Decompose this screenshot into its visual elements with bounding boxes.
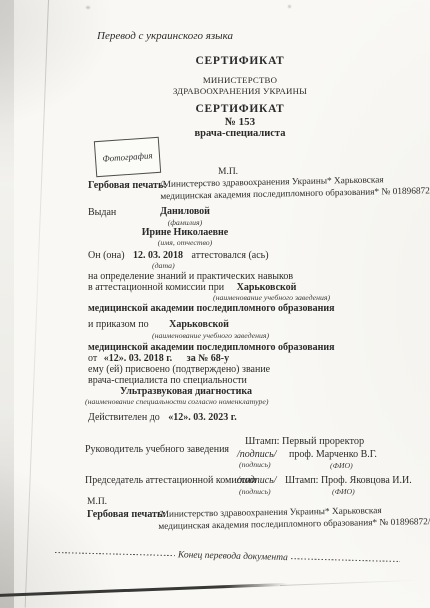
- scan-page-edge-line-faint: [280, 580, 418, 586]
- scan-speck: [288, 5, 291, 8]
- dash-segment-right: [291, 558, 400, 562]
- ministry-line-1: МИНИСТЕРСТВО: [75, 75, 405, 86]
- attestation-suffix: аттестовался (ась): [192, 250, 269, 261]
- order-prefix: и приказом по: [88, 319, 149, 330]
- order-date-prefix: от: [88, 353, 97, 364]
- order-number: за № 68-у: [187, 353, 229, 364]
- recipient-surname: Даниловой: [118, 206, 252, 218]
- institution-name-short-2: Харьковской: [169, 319, 229, 330]
- end-of-translation-rule: Конец перевода документа: [55, 547, 400, 566]
- scan-page-edge-line: [0, 583, 288, 597]
- specialty-caption: (наименование специальности согласно ном…: [85, 397, 268, 406]
- head-stamp-note: Штамп: Первый проректор: [245, 436, 364, 448]
- head-signature-mark: /подпись/: [237, 449, 276, 460]
- head-name: проф. Марченко В.Г.: [289, 449, 377, 460]
- institution-name-rest-1: медицинской академии последипломного обр…: [88, 303, 335, 315]
- end-of-translation-note: Конец перевода документа: [175, 550, 291, 563]
- attestation-date: 12. 03. 2018: [133, 250, 183, 261]
- chair-signature-mark: /подпись/: [237, 475, 276, 486]
- official-seal-text-top: /Министерство здравоохранения Украины* Х…: [160, 174, 430, 203]
- scan-speck: [86, 6, 90, 9]
- commission-prefix: в аттестационной комиссии при: [88, 282, 224, 293]
- seal-place-mark-bottom: М.П.: [87, 497, 107, 508]
- surname-caption: (фамилия): [118, 218, 252, 227]
- chair-signature-caption: (подпись): [239, 487, 271, 496]
- institution-caption-2: (наименование учебного заведения): [152, 331, 269, 340]
- issued-to-label: Выдан: [88, 207, 116, 219]
- seal-place-mark-top: М.П.: [218, 167, 238, 178]
- institution-caption-1: (наименование учебного заведения): [213, 293, 330, 302]
- scan-edge-shadow: [0, 0, 14, 608]
- official-seal-label-bottom: Гербовая печать:: [87, 509, 166, 521]
- commission-chair-label: Председатель аттестационной комиссии: [85, 475, 256, 487]
- certificate-title: СЕРТИФИКАТ: [75, 55, 405, 69]
- head-signature-caption: (подпись): [239, 460, 271, 469]
- head-fio-caption: (ФИО): [330, 461, 353, 470]
- head-of-institution-label: Руководитель учебного заведения: [85, 444, 229, 456]
- validity-date: «12». 03. 2023 г.: [168, 412, 236, 423]
- dash-segment-left: [55, 552, 175, 556]
- chair-signature-row: /подпись/ Штамп: Проф. Яковцова И.И.: [237, 475, 412, 487]
- date-caption: (дата): [152, 261, 175, 270]
- order-date: «12». 03. 2018 г.: [104, 353, 172, 364]
- ministry-heading: МИНИСТЕРСТВО ЗДРАВООХРАНЕНИЯ УКРАИНЫ: [75, 75, 405, 97]
- paper-fold-line: [25, 0, 49, 608]
- name-caption: (имя, отчество): [118, 238, 252, 247]
- chair-fio-caption: (ФИО): [332, 487, 355, 496]
- official-seal-text-bottom: /Министерство здравоохранения Украины* Х…: [158, 505, 430, 533]
- certificate-subtitle-title: СЕРТИФИКАТ: [75, 103, 405, 117]
- scanned-certificate-page: Перевод с украинского языка СЕРТИФИКАТ М…: [0, 0, 430, 608]
- validity-line: Действителен до «12». 03. 2023 г.: [88, 412, 237, 424]
- photo-placeholder-label: Фотография: [102, 150, 153, 163]
- ministry-line-2: ЗДРАВООХРАНЕНИЯ УКРАИНЫ: [75, 86, 405, 97]
- attestation-prefix: Он (она): [88, 250, 125, 261]
- attestation-line: Он (она) 12. 03. 2018 аттестовался (ась): [88, 250, 269, 262]
- institution-name-short-1: Харьковской: [237, 282, 297, 293]
- translation-note: Перевод с украинского языка: [97, 30, 233, 43]
- validity-prefix: Действителен до: [88, 412, 160, 423]
- chair-stamp-note: Штамп: Проф. Яковцова И.И.: [285, 475, 412, 486]
- official-seal-label-top: Гербовая печать:: [88, 180, 167, 192]
- photo-placeholder-box: Фотография: [94, 137, 161, 177]
- order-line: и приказом по Харьковской: [88, 319, 229, 331]
